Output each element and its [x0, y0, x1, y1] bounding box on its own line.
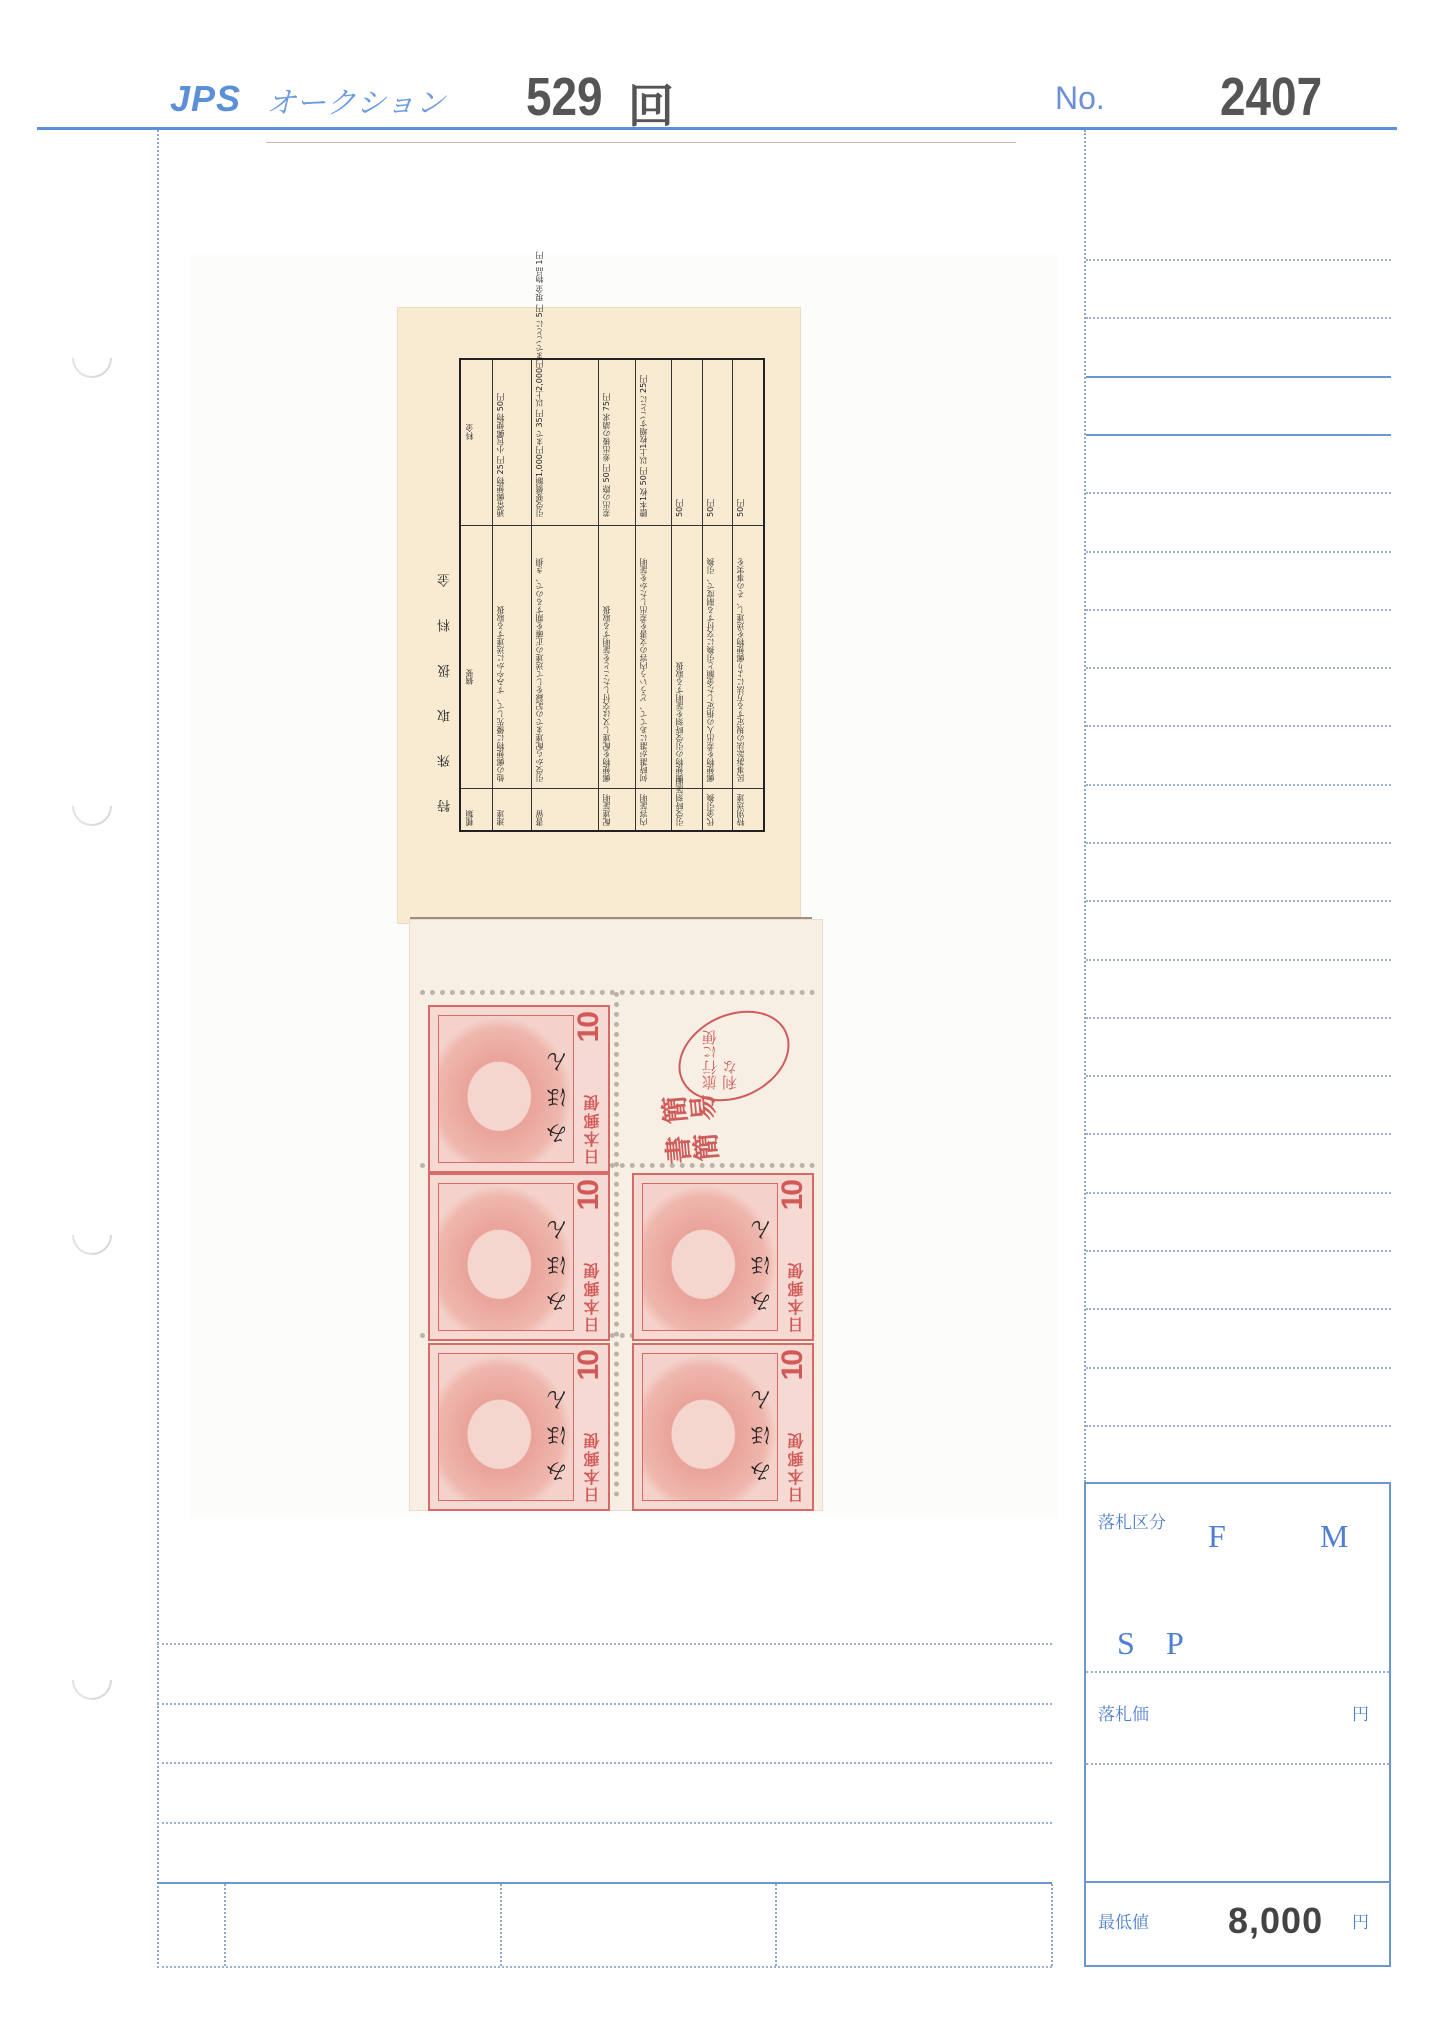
right-panel-line [1086, 434, 1391, 436]
bid-box-divider [1086, 1671, 1389, 1673]
panel-divider-guide [1084, 130, 1086, 1482]
right-panel-line [1086, 1367, 1391, 1369]
note-line [157, 1643, 1052, 1645]
right-panel-line [1086, 609, 1391, 611]
specimen-overprint: みほん [543, 1037, 574, 1145]
right-panel-line [1086, 551, 1391, 553]
specimen-overprint: みほん [747, 1205, 778, 1313]
category-option-m[interactable]: M [1320, 1518, 1348, 1555]
bid-box-divider [1086, 1763, 1389, 1765]
right-panel-line [1086, 1425, 1391, 1427]
right-panel-line [1086, 492, 1391, 494]
lot-prefix: No. [1055, 80, 1105, 117]
right-panel-line [1086, 1250, 1391, 1252]
label-slogan: 旅行に便利な [700, 1020, 740, 1090]
note-grid-col [775, 1884, 777, 1966]
left-margin-guide [157, 130, 159, 1968]
cover-title: 特 殊 取 扱 料 金 [436, 560, 455, 813]
note-grid-bottom [157, 1966, 1052, 1968]
note-grid-top [157, 1882, 1052, 1884]
specimen-overprint: みほん [747, 1375, 778, 1483]
stamp: 10 日本郵便 みほん [632, 1343, 814, 1511]
specimen-overprint: みほん [543, 1375, 574, 1483]
brand-logo: JPS [170, 78, 241, 120]
header-subrule [266, 142, 1016, 143]
minimum-currency: 円 [1352, 1908, 1369, 1933]
category-option-f[interactable]: F [1208, 1518, 1226, 1555]
label-name: 簡易書簡 [659, 1087, 734, 1173]
lot-number: 2407 [1220, 66, 1322, 128]
right-panel-line [1086, 259, 1391, 261]
right-panel-line [1086, 1017, 1391, 1019]
right-panel-line [1086, 1308, 1391, 1310]
punch-hole-icon [64, 1207, 121, 1264]
fee-table: 種類摘要料金速達他の郵便物に優先して、すみやかに送達する取扱通常郵便物 25円 … [459, 358, 765, 832]
punch-hole-icon [64, 778, 121, 835]
right-panel-line [1086, 376, 1391, 378]
minimum-label: 最低値 [1098, 1908, 1149, 1933]
stamp: 10 日本郵便 みほん [428, 1005, 610, 1173]
stamp: 10 日本郵便 みほん [428, 1343, 610, 1511]
header-rule [37, 127, 1397, 130]
price-label: 落札価 [1098, 1700, 1149, 1725]
category-label: 落札区分 [1098, 1508, 1166, 1533]
specimen-overprint: みほん [543, 1205, 574, 1313]
auction-label: オークション [266, 78, 445, 122]
right-panel-line [1086, 1192, 1391, 1194]
stamp: 10 日本郵便 みほん [428, 1173, 610, 1341]
right-panel-line [1086, 1133, 1391, 1135]
bid-box-divider [1086, 1881, 1389, 1883]
note-line [157, 1822, 1052, 1824]
right-panel-line [1086, 959, 1391, 961]
right-panel-line [1086, 900, 1391, 902]
category-option-p[interactable]: P [1166, 1625, 1184, 1662]
note-grid-col [224, 1884, 226, 1966]
perforation [614, 992, 619, 1497]
price-currency: 円 [1352, 1700, 1369, 1725]
note-grid-col [1051, 1884, 1053, 1966]
note-grid-col [500, 1884, 502, 1966]
right-panel-line [1086, 842, 1391, 844]
booklet-label: 旅行に便利な 簡易書簡 [622, 996, 808, 1164]
stamp: 10 日本郵便 みほん [632, 1173, 814, 1341]
booklet-fold [410, 917, 812, 919]
right-panel-line [1086, 784, 1391, 786]
round-number: 529 [526, 66, 603, 128]
right-panel-line [1086, 667, 1391, 669]
category-option-s[interactable]: S [1117, 1625, 1135, 1662]
right-panel-line [1086, 1075, 1391, 1077]
right-panel-line [1086, 725, 1391, 727]
note-line [157, 1762, 1052, 1764]
punch-hole-icon [64, 330, 121, 387]
note-line [157, 1703, 1052, 1705]
right-panel-line [1086, 317, 1391, 319]
minimum-value: 8,000 [1228, 1900, 1323, 1942]
punch-hole-icon [64, 1652, 121, 1709]
